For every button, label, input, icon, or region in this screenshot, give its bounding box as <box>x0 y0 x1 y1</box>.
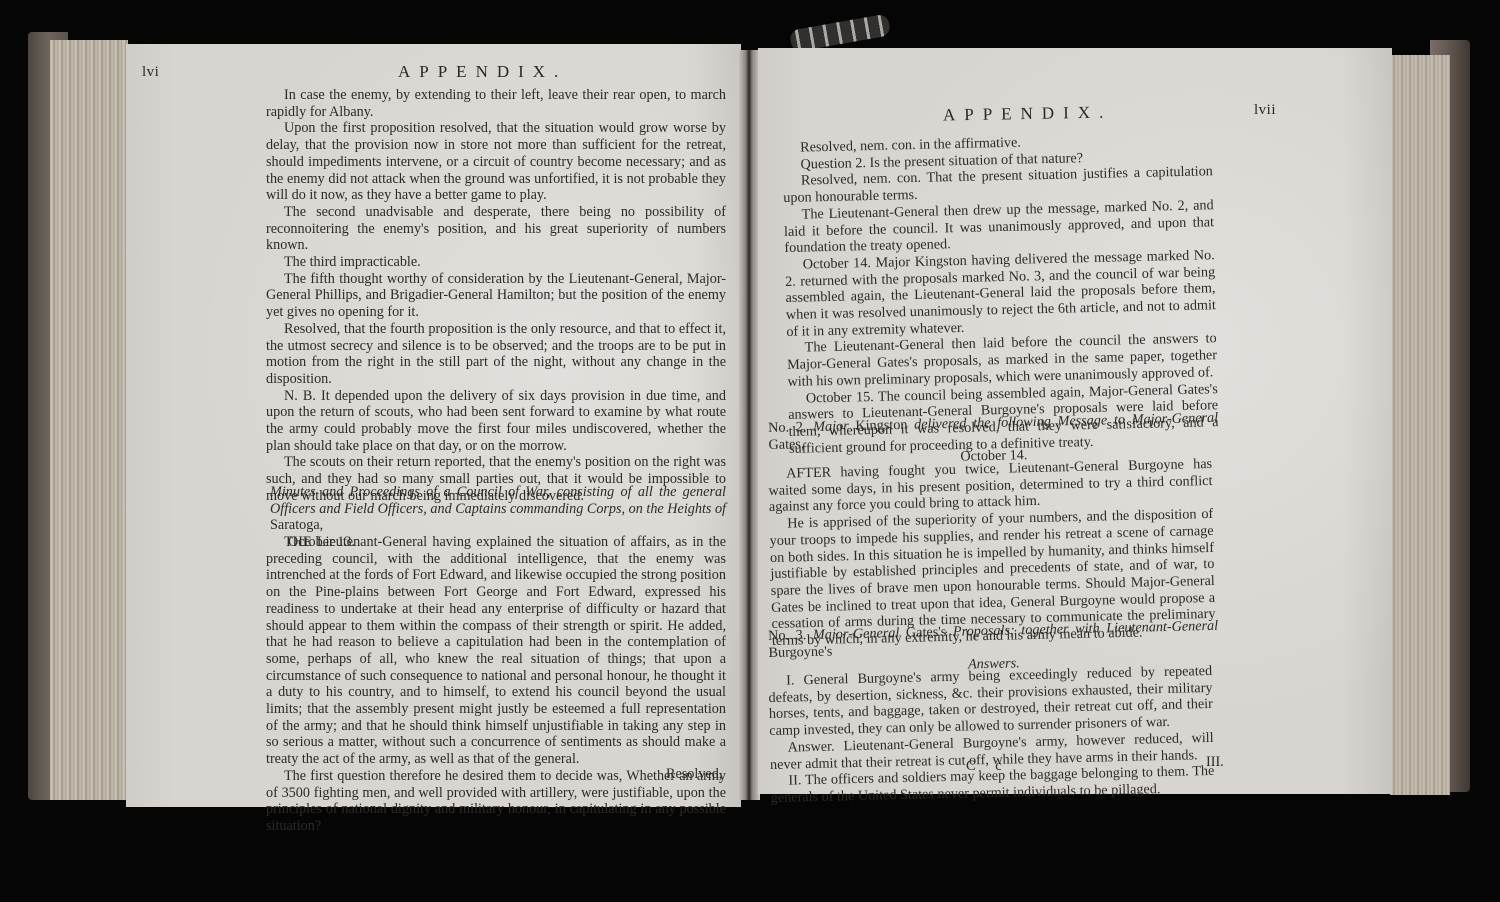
paragraph: THE Lieutenant-General having explained … <box>266 534 726 768</box>
catchword-right: III. <box>1206 754 1224 771</box>
book-gutter <box>738 50 760 800</box>
paragraph: The third impracticable. <box>266 254 726 271</box>
signature-mark: C c <box>966 758 1010 775</box>
heading-italic: Major <box>813 418 849 435</box>
open-book: lvi APPENDIX. In case the enemy, by exte… <box>0 0 1500 902</box>
paragraph: The second unadvisable and desperate, th… <box>266 204 726 254</box>
right-body-top: Resolved, nem. con. in the affirmative. … <box>782 130 1219 457</box>
paragraph: Resolved, that the fourth proposition is… <box>266 321 726 388</box>
left-body-top: In case the enemy, by extending to their… <box>266 87 726 505</box>
paragraph: N. B. It depended upon the delivery of s… <box>266 388 726 455</box>
right-page: lvii APPENDIX. Resolved, nem. con. in th… <box>758 48 1392 794</box>
heading-roman: Burgoyne's <box>768 643 832 660</box>
paragraph: Upon the first proposition resolved, tha… <box>266 120 726 204</box>
heading-italic: Minutes and Proceedings of a Council of … <box>270 484 726 517</box>
heading-italic: Major-General <box>813 625 900 643</box>
bookmark-ribbon <box>789 13 891 52</box>
left-page-edges <box>50 40 128 800</box>
page-number-left: lvi <box>142 64 159 81</box>
running-head-left: APPENDIX. <box>398 62 567 82</box>
paragraph: The Lieutenant-General then laid before … <box>787 331 1218 391</box>
running-head-right: APPENDIX. <box>943 103 1113 126</box>
heading-roman: Gates, <box>768 436 804 453</box>
proposals-no3-body: I. General Burgoyne's army being exceedi… <box>768 663 1215 807</box>
paragraph: I. General Burgoyne's army being exceedi… <box>768 663 1213 740</box>
heading-roman: Kingston <box>855 417 907 434</box>
paragraph: The fifth thought worthy of consideratio… <box>266 271 726 321</box>
heading-roman: Gates's <box>906 624 947 641</box>
page-number-right: lvii <box>1254 102 1276 119</box>
left-body-bottom: THE Lieutenant-General having explained … <box>266 534 726 835</box>
heading-number: No. 3. <box>768 627 807 644</box>
paragraph: October 14. Major Kingston having delive… <box>785 247 1217 340</box>
left-page: lvi APPENDIX. In case the enemy, by exte… <box>126 44 741 807</box>
right-page-edges <box>1390 55 1450 795</box>
paragraph: The first question therefore he desired … <box>266 768 726 835</box>
paragraph: In case the enemy, by extending to their… <box>266 87 726 120</box>
heading-number: No. 2. <box>768 419 807 436</box>
catchword-left: Resolved, <box>666 766 722 783</box>
heading-place: Saratoga, <box>270 517 323 533</box>
